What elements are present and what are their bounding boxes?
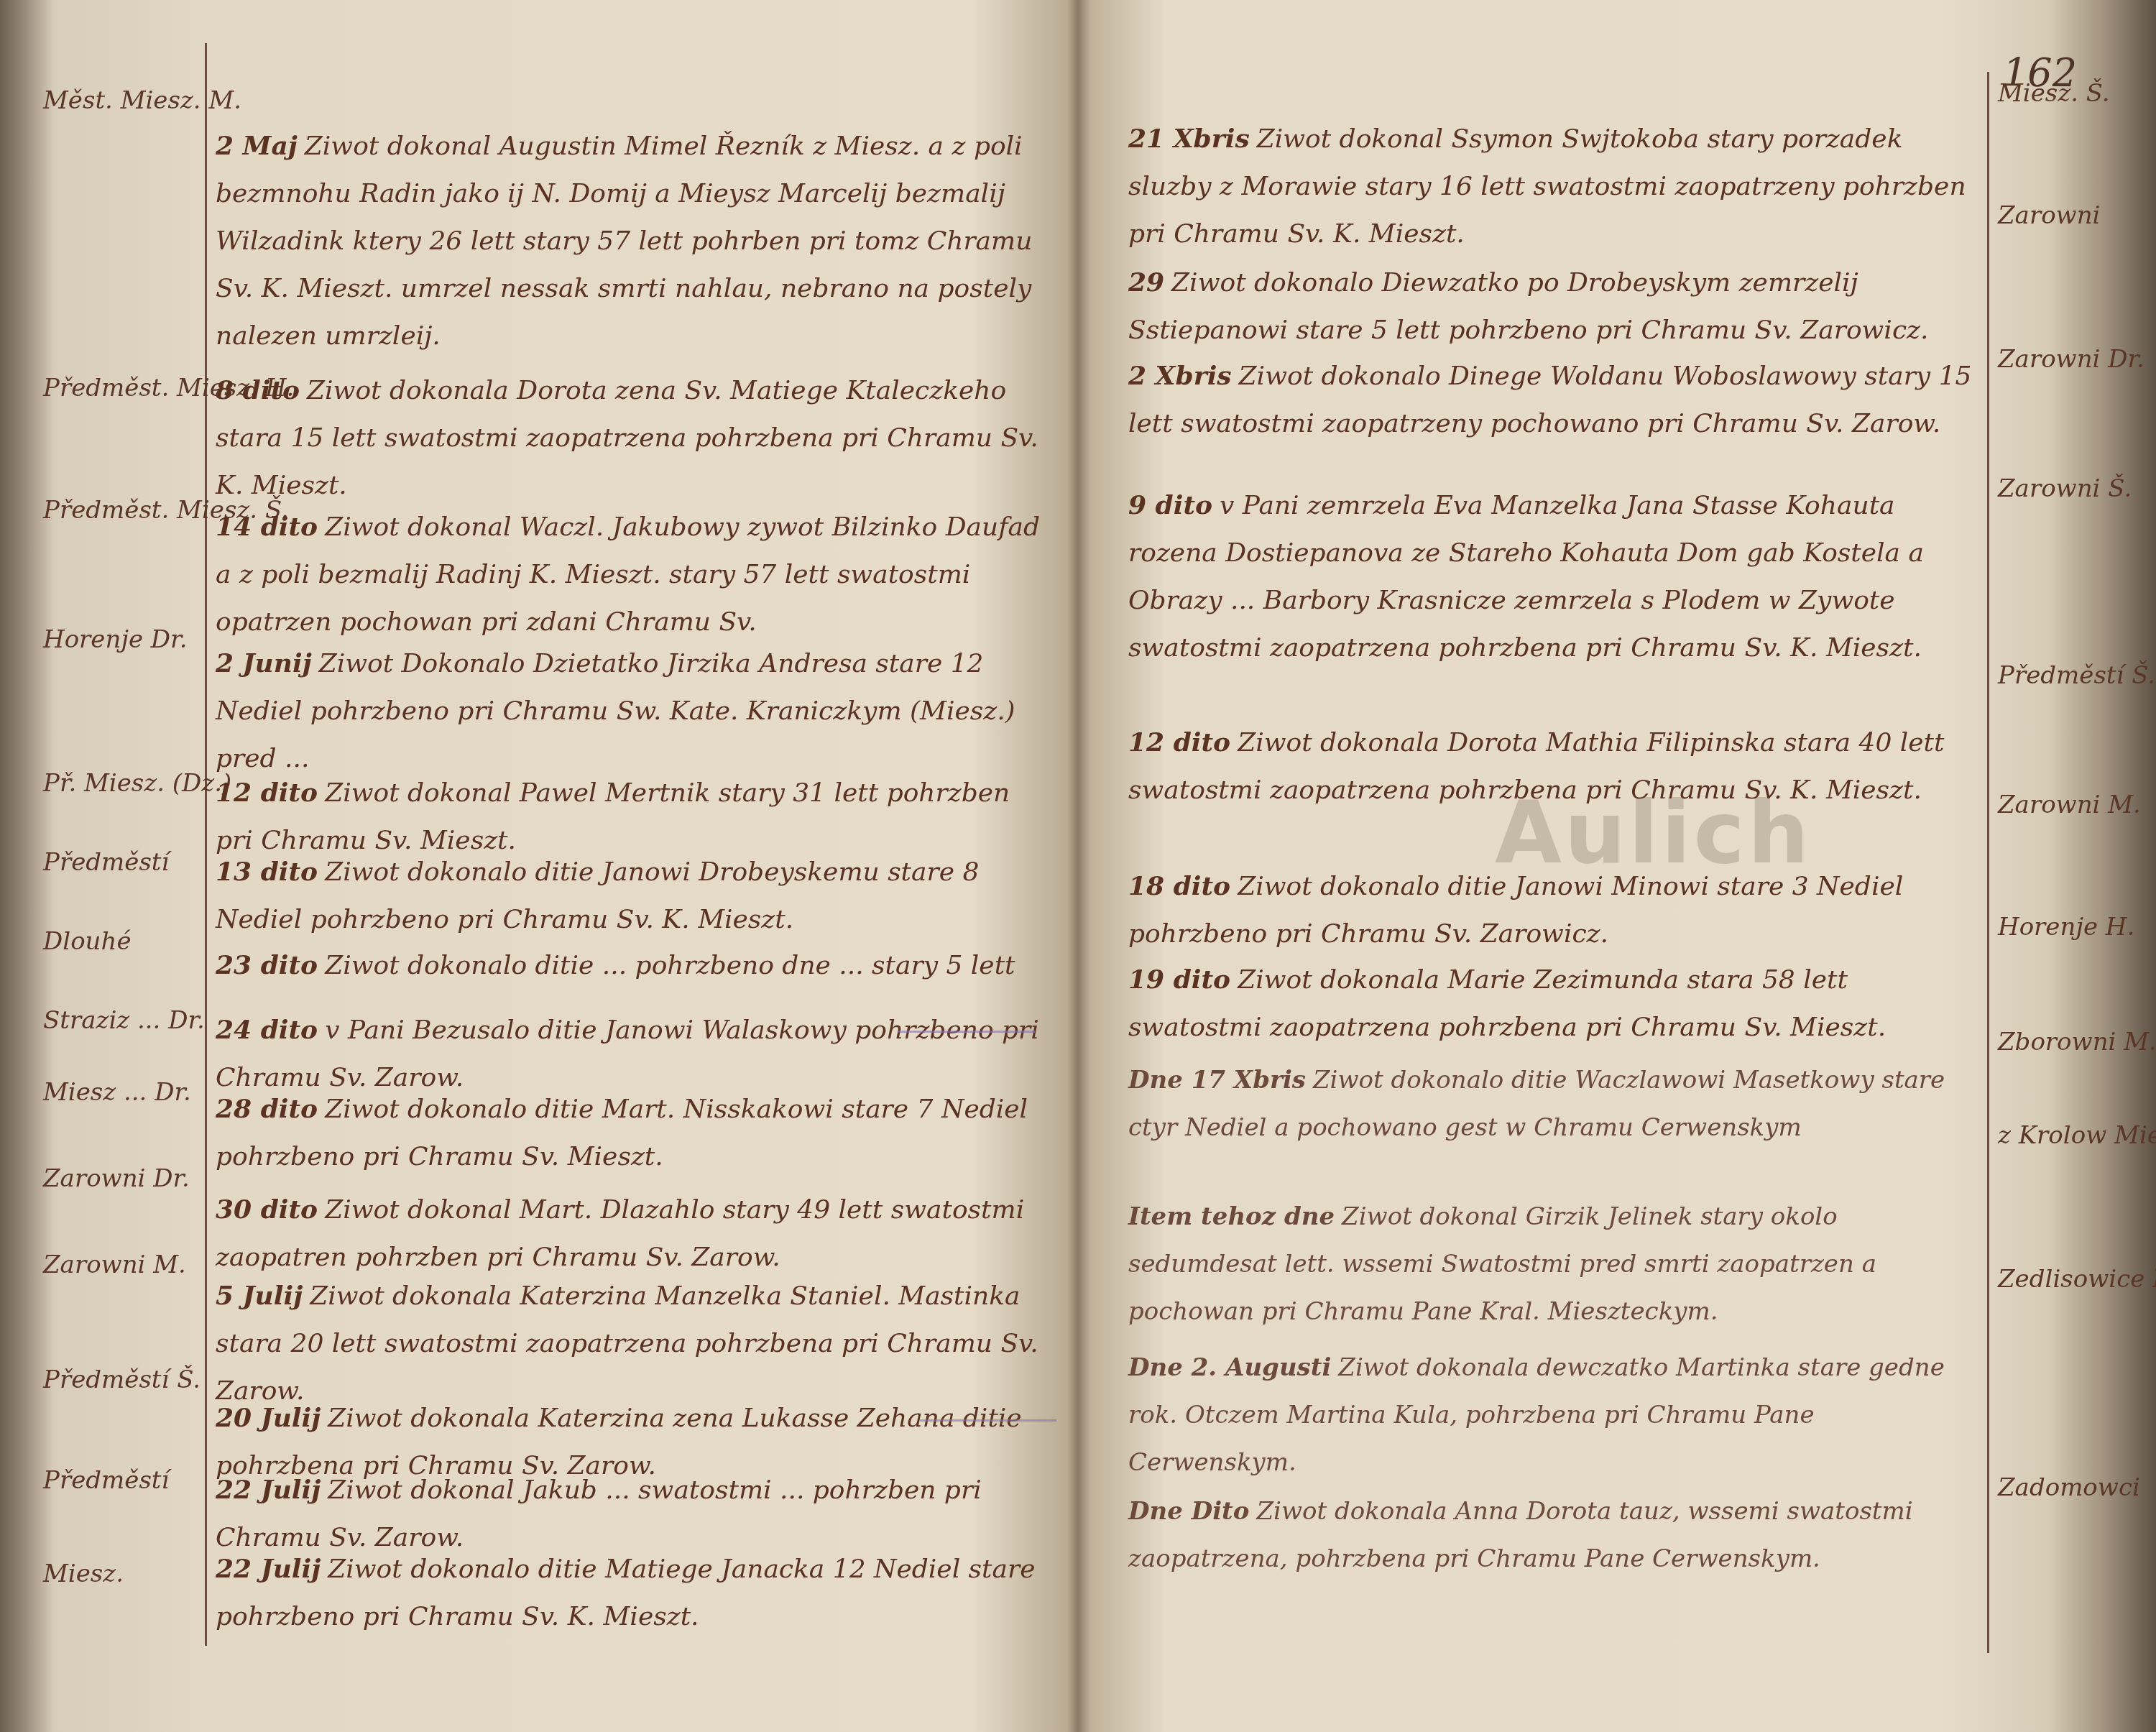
register-entry: Item tehoz dneZiwot dokonal Girzik Jelin… [1128, 1193, 1976, 1335]
entry-date: 12 dito [216, 778, 318, 808]
entry-date: 22 Julij [216, 1554, 321, 1584]
entry-text: v Pani zemrzela Eva Manzelka Jana Stasse… [1128, 491, 1924, 663]
entry-date: 22 Julij [216, 1475, 321, 1505]
entry-date: 14 dito [216, 512, 318, 542]
entry-date: 28 dito [216, 1094, 318, 1124]
entry-date: 24 dito [216, 1015, 318, 1045]
entry-date: 8 dito [216, 375, 300, 405]
entry-date: 9 dito [1128, 490, 1212, 520]
entry-text: Ziwot dokonal Mart. Dlazahlo stary 49 le… [216, 1195, 1024, 1272]
register-entry: 13 ditoZiwot dokonalo ditie Janowi Drobe… [216, 848, 1042, 944]
register-entry: 14 ditoZiwot dokonal Waczl. Jakubowy zyw… [216, 503, 1042, 646]
margin-location-note: Měst. Miesz. M. [43, 86, 241, 115]
entry-text: Ziwot Dokonalo Dzietatko Jirzika Andresa… [216, 649, 1015, 773]
left-page: Měst. Miesz. M.Předměst. Miesz. H.Předmě… [36, 29, 1064, 1718]
entry-text: Ziwot dokonalo ditie Matiege Janacka 12 … [216, 1554, 1036, 1631]
register-entry: Dne 17 XbrisZiwot dokonalo ditie Waczlaw… [1128, 1056, 1976, 1151]
entry-text: Ziwot dokonalo ditie Janowi Minowi stare… [1128, 872, 1903, 949]
margin-rule [1987, 72, 1989, 1653]
entry-date: 5 Julij [216, 1281, 303, 1311]
entry-date: 20 Julij [216, 1403, 321, 1433]
bleed-through-stamp: Aulich [1495, 783, 1812, 883]
entry-date: Dne 17 Xbris [1128, 1066, 1306, 1095]
entry-date: Dne 2. Augusti [1128, 1353, 1331, 1382]
margin-location-note: z Krolow Mieszt Š. [1998, 1121, 2156, 1150]
register-entry: 2 MajZiwot dokonal Augustin Mimel Řezník… [216, 122, 1042, 360]
margin-location-note: Předměstí Š. [1998, 661, 2155, 690]
margin-location-note: Zedlisowice M. [1998, 1265, 2156, 1294]
margin-location-note: Straziz ... Dr. [43, 1006, 205, 1035]
margin-location-note: Předměstí Š. [43, 1365, 201, 1394]
entry-date: 29 [1128, 267, 1164, 298]
margin-location-note: Horenje Dr. [43, 625, 187, 654]
margin-location-note: Dlouhé [43, 927, 132, 956]
margin-location-note: Zarowni M. [1998, 791, 2141, 819]
entry-text: Ziwot dokonal Jakub ... swatostmi ... po… [216, 1475, 982, 1552]
margin-rule [205, 43, 207, 1646]
entry-text: Ziwot dokonala Marie Zezimunda stara 58 … [1128, 965, 1886, 1042]
register-entry: Dne 2. AugustiZiwot dokonala dewczatko M… [1128, 1344, 1976, 1486]
margin-location-note: Předměstí [43, 848, 169, 877]
entry-date: 23 dito [216, 950, 318, 980]
entry-text: Ziwot dokonala Katerzina Manzelka Stanie… [216, 1281, 1038, 1406]
register-entry: 21 XbrisZiwot dokonal Ssymon Swjtokoba s… [1128, 115, 1976, 258]
margin-location-note: Zarowni Š. [1998, 474, 2132, 503]
entry-date: Item tehoz dne [1128, 1202, 1335, 1231]
entry-date: 2 Maj [216, 131, 298, 161]
register-entry: Dne DitoZiwot dokonala Anna Dorota tauz,… [1128, 1488, 1976, 1583]
purple-underline [898, 1031, 1035, 1033]
entry-text: Ziwot dokonala Dorota zena Sv. Matiege K… [216, 376, 1038, 500]
register-entry: 28 ditoZiwot dokonalo ditie Mart. Nisska… [216, 1085, 1042, 1181]
register-entry: 2 JunijZiwot Dokonalo Dzietatko Jirzika … [216, 640, 1042, 783]
register-entry: 29Ziwot dokonalo Diewzatko po Drobeyskym… [1128, 259, 1976, 354]
entry-date: 30 dito [216, 1194, 318, 1225]
entry-text: Ziwot dokonal Pawel Mertnik stary 31 let… [216, 778, 1010, 855]
open-register-book: Měst. Miesz. M.Předměst. Miesz. H.Předmě… [0, 0, 2156, 1732]
entry-text: Ziwot dokonalo ditie Janowi Drobeyskemu … [216, 857, 979, 934]
margin-location-note: Miesz. [43, 1560, 124, 1588]
purple-underline [920, 1419, 1056, 1422]
entry-text: Ziwot dokonalo ditie ... pohrzbeno dne .… [325, 951, 1015, 980]
register-entry: 22 JulijZiwot dokonalo ditie Matiege Jan… [216, 1545, 1042, 1641]
margin-location-note: Zarowni [1998, 201, 2101, 230]
margin-location-note: Horenje H. [1998, 913, 2134, 941]
register-entry: 23 ditoZiwot dokonalo ditie ... pohrzben… [216, 941, 1042, 990]
entry-date: 19 dito [1128, 964, 1230, 995]
entry-text: Ziwot dokonal Augustin Mimel Řezník z Mi… [216, 132, 1032, 351]
register-entry: 19 ditoZiwot dokonala Marie Zezimunda st… [1128, 956, 1976, 1051]
entry-text: Ziwot dokonalo Dinege Woldanu Woboslawow… [1128, 361, 1971, 438]
margin-location-note: Zarowni Dr. [1998, 345, 2145, 374]
margin-location-note: Zborowni M. [1998, 1028, 2156, 1056]
entry-text: Ziwot dokonalo Diewzatko po Drobeyskym z… [1128, 268, 1928, 345]
register-entry: 8 ditoZiwot dokonala Dorota zena Sv. Mat… [216, 367, 1042, 510]
entry-date: 12 dito [1128, 727, 1230, 757]
entry-text: Ziwot dokonal Waczl. Jakubowy zywot Bilz… [216, 512, 1040, 637]
margin-location-note: Zarowni Dr. [43, 1164, 190, 1193]
entry-date: 2 Junij [216, 648, 312, 678]
register-entry: 30 ditoZiwot dokonal Mart. Dlazahlo star… [216, 1186, 1042, 1281]
entry-text: Ziwot dokonalo ditie Mart. Nisskakowi st… [216, 1095, 1028, 1171]
entry-date: 18 dito [1128, 871, 1230, 901]
register-entry: 2 XbrisZiwot dokonalo Dinege Woldanu Wob… [1128, 352, 1976, 448]
entry-date: 13 dito [216, 857, 318, 887]
margin-location-note: Miesz ... Dr. [43, 1078, 191, 1107]
entry-date: 2 Xbris [1128, 361, 1232, 391]
margin-location-note: Miesz. Š. [1998, 79, 2110, 108]
entry-text: Ziwot dokonal Ssymon Swjtokoba stary por… [1128, 124, 1966, 249]
margin-location-note: Př. Miesz. (Dz.) [43, 769, 231, 798]
margin-location-note: Zadomowci [1998, 1473, 2140, 1502]
margin-location-note: Předměstí [43, 1466, 169, 1495]
register-entry: 9 ditov Pani zemrzela Eva Manzelka Jana … [1128, 482, 1976, 672]
entry-date: Dne Dito [1128, 1497, 1249, 1526]
entry-date: 21 Xbris [1128, 124, 1250, 154]
margin-location-note: Zarowni M. [43, 1250, 186, 1279]
entry-text: v Pani Bezusalo ditie Janowi Walaskowy p… [216, 1015, 1039, 1092]
